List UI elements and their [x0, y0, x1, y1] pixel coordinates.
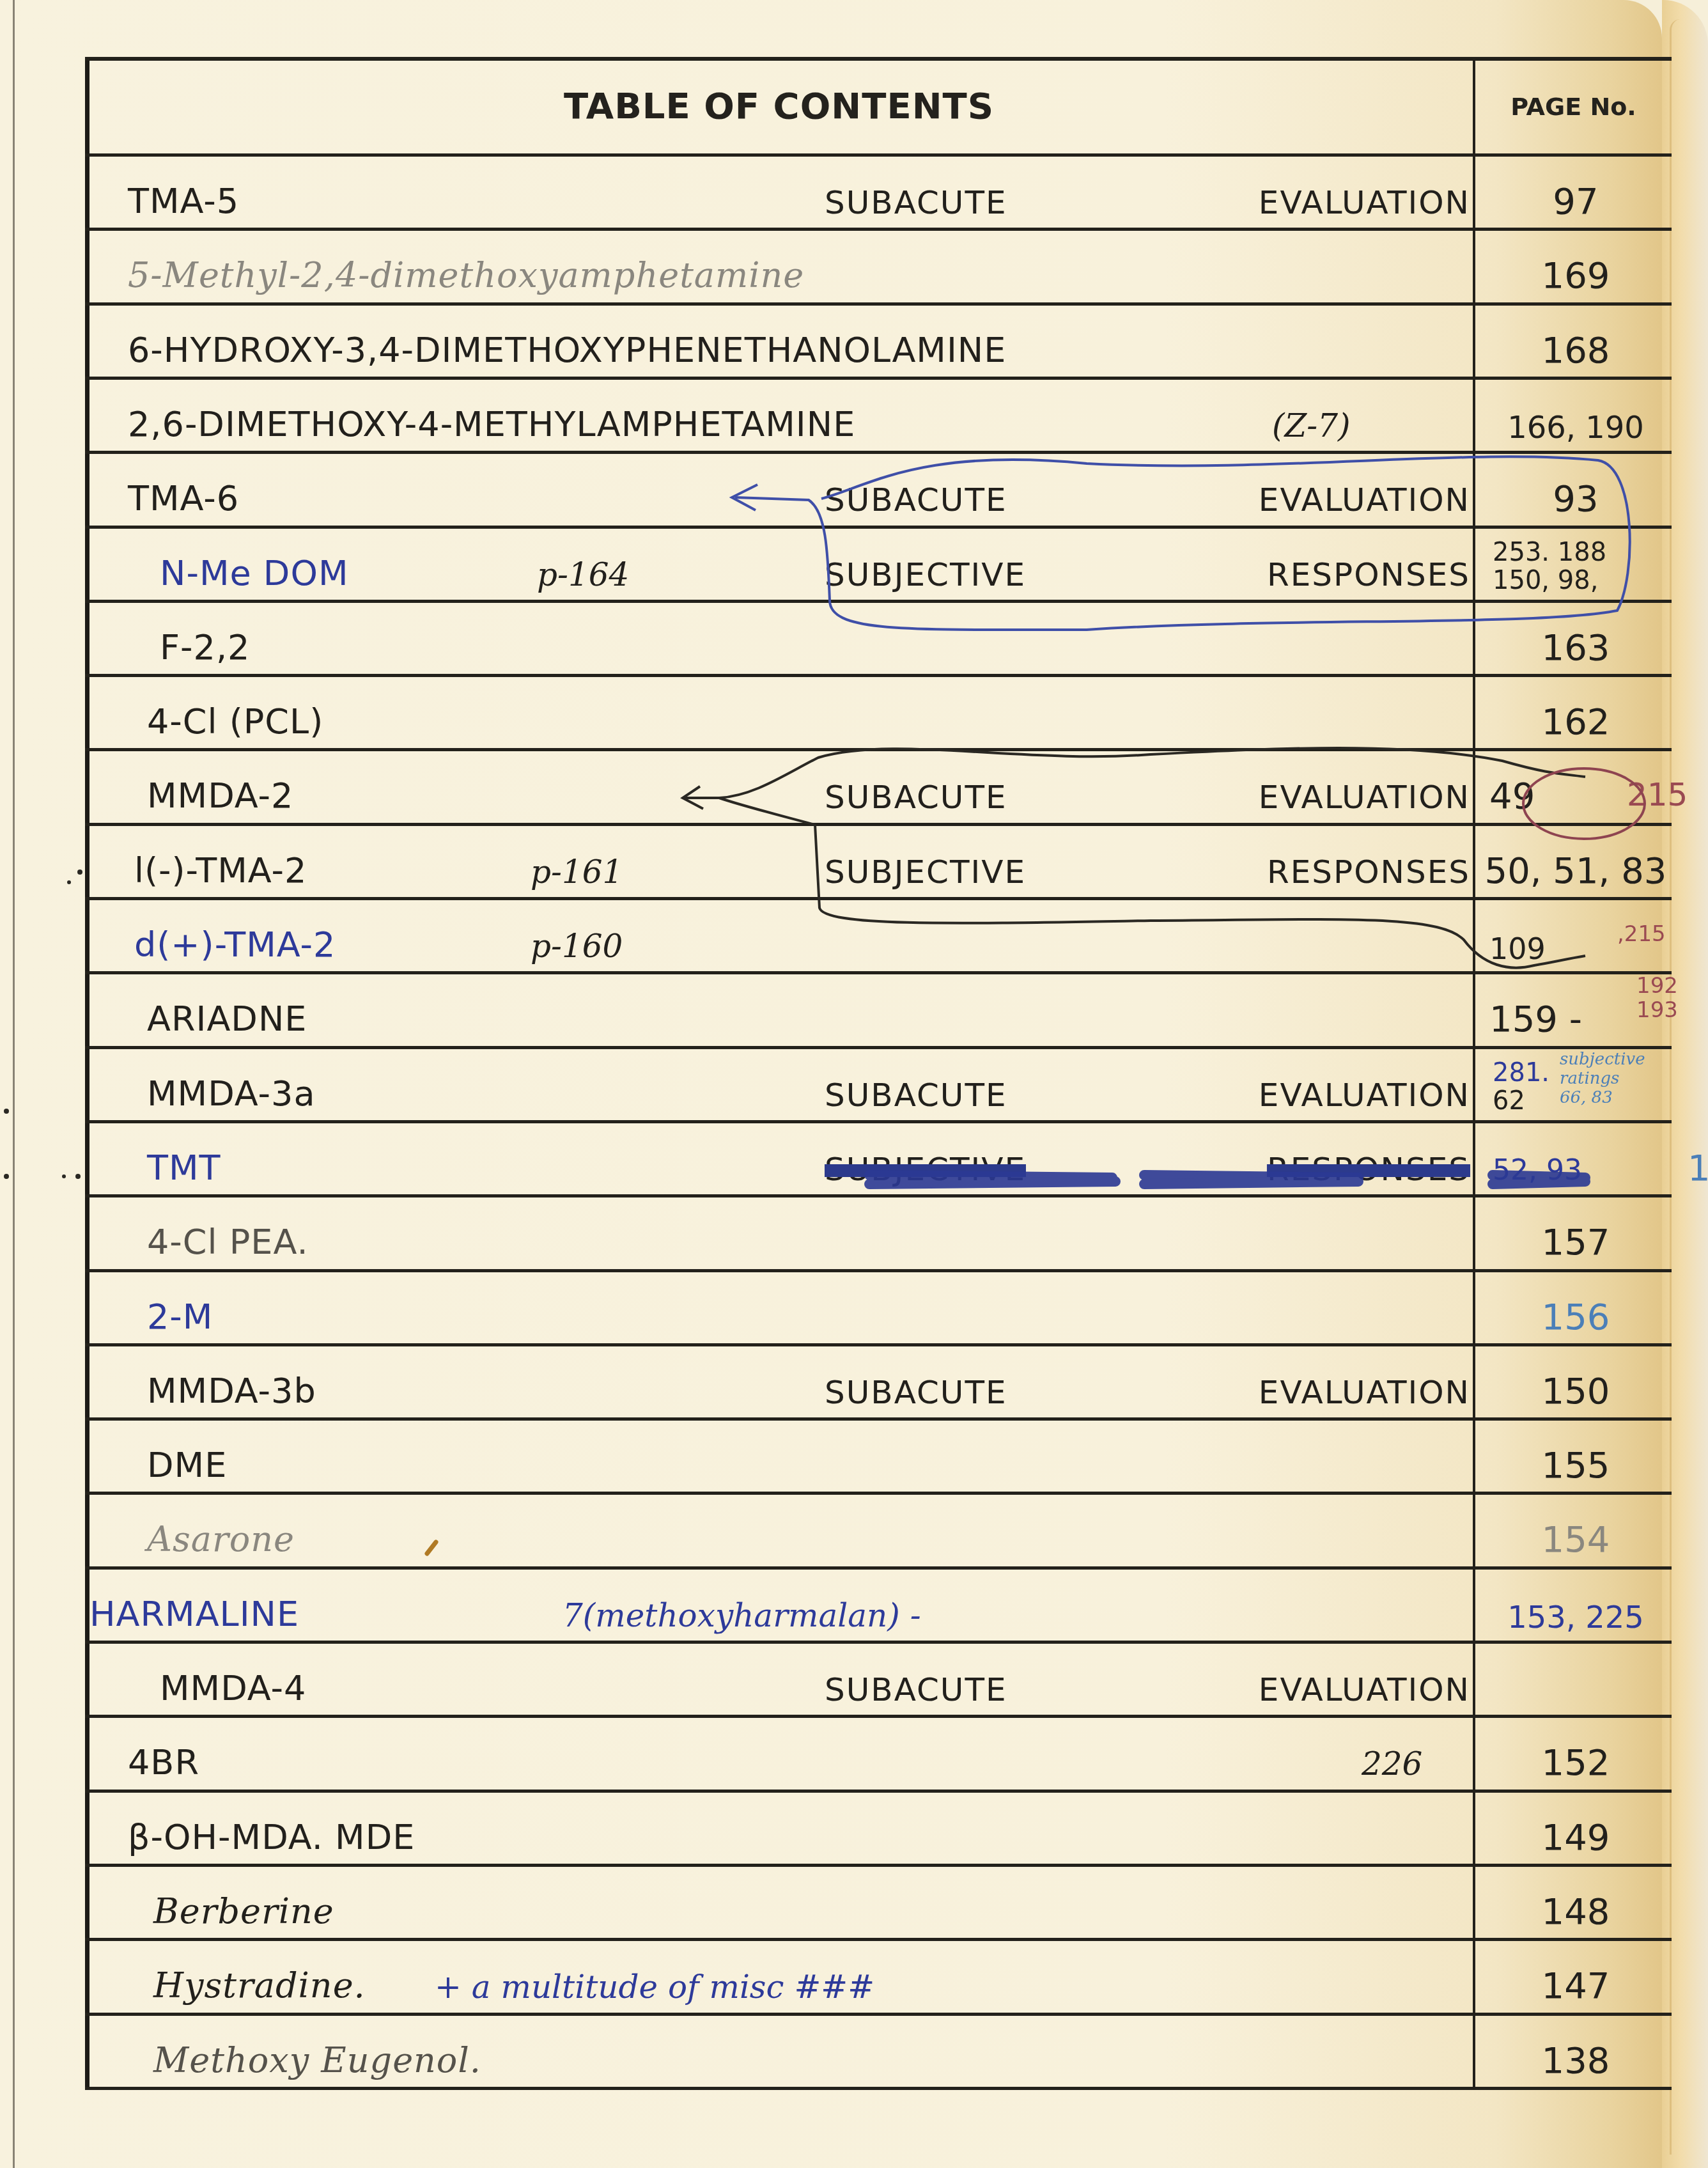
toc-row: 2-M156: [89, 1270, 1672, 1345]
toc-row: 6-HYDROXY-3,4-DIMETHOXYPHENETHANOLAMINE1…: [89, 304, 1672, 378]
entry-name: 4-Cl (PCL): [147, 701, 323, 742]
toc-row: TMA-6SUBACUTEEVALUATION93: [89, 452, 1672, 526]
entry-note: (Z-7): [1272, 407, 1350, 444]
label-left: SUBJECTIVE: [825, 556, 1026, 593]
label-left: SUBJECTIVE: [825, 1151, 1026, 1188]
page-number: 150: [1480, 1371, 1672, 1412]
entry-name: TMA-6: [128, 478, 239, 519]
toc-row: 4-Cl (PCL)162: [89, 675, 1672, 749]
page-number-extra: ,215: [1617, 921, 1666, 947]
label-left: SUBACUTE: [825, 1374, 1007, 1411]
toc-row: TMTSUBJECTIVERESPONSES15852, 93: [89, 1121, 1672, 1196]
label-right: EVALUATION: [1259, 1671, 1470, 1708]
entry-name: TMA-5: [128, 181, 239, 221]
entry-name: 2,6-DIMETHOXY-4-METHYLAMPHETAMINE: [128, 404, 855, 444]
page-number: 163: [1480, 627, 1672, 669]
entry-section-label: SUBACUTEEVALUATION: [825, 1077, 1470, 1114]
entry-name: MMDA-4: [160, 1668, 306, 1708]
entry-name: l(-)-TMA-2: [134, 850, 307, 891]
entry-section-label: SUBACUTEEVALUATION: [825, 481, 1470, 519]
entry-name: d(+)-TMA-2: [134, 924, 336, 965]
entry-name: Berberine: [153, 1891, 334, 1931]
toc-row: HARMALINE7(methoxyharmalan) -153, 225: [89, 1568, 1672, 1642]
entry-name: MMDA-3a: [147, 1073, 316, 1114]
page-number: 169: [1480, 255, 1672, 297]
toc-row: d(+)-TMA-2p-160109,215: [89, 898, 1672, 972]
entry-section-label: SUBACUTEEVALUATION: [825, 1671, 1470, 1708]
toc-row: l(-)-TMA-2p-161SUBJECTIVERESPONSES50, 51…: [89, 824, 1672, 898]
entry-note: p-161: [531, 854, 623, 891]
toc-row: MMDA-4SUBACUTEEVALUATION: [89, 1642, 1672, 1716]
page-number: 149: [1480, 1817, 1672, 1859]
page-number: 166, 190: [1480, 410, 1672, 446]
entry-note: 226: [1362, 1745, 1422, 1782]
page-number: 148: [1480, 1891, 1672, 1933]
side-note-line: ratings: [1560, 1069, 1645, 1088]
page-number: 154: [1480, 1519, 1672, 1561]
page-number: 168: [1480, 330, 1672, 371]
entry-name: Methoxy Eugenol.: [153, 2040, 481, 2080]
page-number: 157: [1480, 1222, 1672, 1263]
page-number-header: PAGE No.: [1475, 58, 1672, 155]
entry-name: 2-M: [147, 1297, 213, 1337]
page-number: 50, 51, 83: [1480, 850, 1672, 892]
toc-row: TMA-5SUBACUTEEVALUATION97: [89, 155, 1672, 229]
toc-row: MMDA-3aSUBACUTEEVALUATION281.62subjectiv…: [89, 1047, 1672, 1121]
entry-name: Asarone: [147, 1519, 295, 1559]
page-number-line: 253. 188: [1493, 538, 1684, 566]
page-number: 155: [1480, 1445, 1672, 1486]
toc-row: MMDA-3bSUBACUTEEVALUATION150: [89, 1345, 1672, 1419]
label-left: SUBJECTIVE: [825, 854, 1026, 891]
toc-row: Asarone154: [89, 1493, 1672, 1567]
label-left: SUBACUTE: [825, 779, 1007, 816]
side-note-line: 66, 83: [1560, 1088, 1645, 1107]
side-note-line: subjective: [1560, 1050, 1645, 1069]
entry-name: 6-HYDROXY-3,4-DIMETHOXYPHENETHANOLAMINE: [128, 330, 1006, 370]
entry-name: N-Me DOM: [160, 553, 349, 593]
entry-note: + a multitude of misc ###: [435, 1969, 874, 2006]
entry-name: HARMALINE: [89, 1594, 299, 1634]
page-number-extra: 192193: [1636, 974, 1678, 1022]
label-right: RESPONSES: [1267, 1151, 1470, 1188]
entry-note: p-160: [531, 928, 623, 965]
entry-section-label: SUBJECTIVERESPONSES: [825, 556, 1470, 593]
entry-name: β-OH-MDA. MDE: [128, 1817, 415, 1857]
entry-section-label: SUBJECTIVERESPONSES: [825, 854, 1470, 891]
entry-name: ARIADNE: [147, 999, 307, 1039]
page-extra-line: 192: [1636, 974, 1678, 998]
page-number: 93: [1480, 478, 1672, 520]
entry-section-label: SUBACUTEEVALUATION: [825, 779, 1470, 816]
toc-row: N-Me DOMp-164SUBJECTIVERESPONSES253. 188…: [89, 527, 1672, 601]
label-left: SUBACUTE: [825, 481, 1007, 519]
page-number: 153, 225: [1480, 1600, 1672, 1635]
entry-name: 5-Methyl-2,4-dimethoxyamphetamine: [128, 255, 804, 295]
page-number: 147: [1480, 1965, 1672, 2007]
toc-row: 5-Methyl-2,4-dimethoxyamphetamine169: [89, 229, 1672, 303]
toc-row: 4BR226152: [89, 1716, 1672, 1790]
label-right: RESPONSES: [1267, 854, 1470, 891]
toc-row: Berberine148: [89, 1865, 1672, 1939]
toc-row: 4-Cl PEA.157: [89, 1196, 1672, 1270]
entry-name: TMT: [147, 1148, 221, 1188]
label-left: SUBACUTE: [825, 1671, 1007, 1708]
toc-row: MMDA-2SUBACUTEEVALUATION49215: [89, 749, 1672, 823]
page-extra-line: 193: [1636, 998, 1678, 1022]
label-right: RESPONSES: [1267, 556, 1470, 593]
entry-name: MMDA-2: [147, 776, 293, 816]
entry-section-label: SUBJECTIVERESPONSES: [825, 1151, 1470, 1188]
entry-name: F-2,2: [160, 627, 250, 667]
entry-note: 7(methoxyharmalan) -: [563, 1597, 921, 1634]
label-right: EVALUATION: [1259, 184, 1470, 221]
label-right: EVALUATION: [1259, 481, 1470, 519]
toc-row: 2,6-DIMETHOXY-4-METHYLAMPHETAMINE(Z-7)16…: [89, 378, 1672, 452]
label-right: EVALUATION: [1259, 779, 1470, 816]
toc-row: DME155: [89, 1419, 1672, 1493]
entry-name: DME: [147, 1445, 227, 1485]
entry-name: 4-Cl PEA.: [147, 1222, 309, 1262]
label-left: SUBACUTE: [825, 184, 1007, 221]
toc-row: F-2,2163: [89, 601, 1672, 675]
entry-section-label: SUBACUTEEVALUATION: [825, 184, 1470, 221]
struck-page-number: 52, 93: [1493, 1154, 1582, 1187]
page-number: 138: [1480, 2040, 1672, 2082]
page-number: 158: [1579, 1148, 1708, 1189]
toc-row: ARIADNE159 -192193: [89, 972, 1672, 1047]
entry-section-label: SUBACUTEEVALUATION: [825, 1374, 1470, 1411]
entry-name: Hystradine.: [153, 1965, 366, 2006]
page-side-note: subjectiveratings66, 83: [1560, 1050, 1645, 1107]
page-number-extra: 215: [1627, 776, 1688, 813]
label-right: EVALUATION: [1259, 1077, 1470, 1114]
page-number-line: 150, 98,: [1493, 566, 1684, 595]
page-number: 156: [1480, 1297, 1672, 1338]
entry-name: 4BR: [128, 1742, 199, 1782]
toc-row: β-OH-MDA. MDE149: [89, 1791, 1672, 1865]
toc-row: Methoxy Eugenol.138: [89, 2014, 1672, 2088]
page-number: 152: [1480, 1742, 1672, 1784]
label-left: SUBACUTE: [825, 1077, 1007, 1114]
page-number: 97: [1480, 181, 1672, 222]
toc-row: Hystradine.+ a multitude of misc ###147: [89, 1939, 1672, 2013]
binding-margin-line: [13, 0, 15, 2168]
page-number: 162: [1480, 701, 1672, 743]
entry-note: p-164: [537, 556, 629, 593]
page-number: 253. 188150, 98,: [1480, 538, 1684, 595]
entry-name: MMDA-3b: [147, 1371, 316, 1411]
table-title: TABLE OF CONTENTS: [85, 58, 1473, 155]
label-right: EVALUATION: [1259, 1374, 1470, 1411]
